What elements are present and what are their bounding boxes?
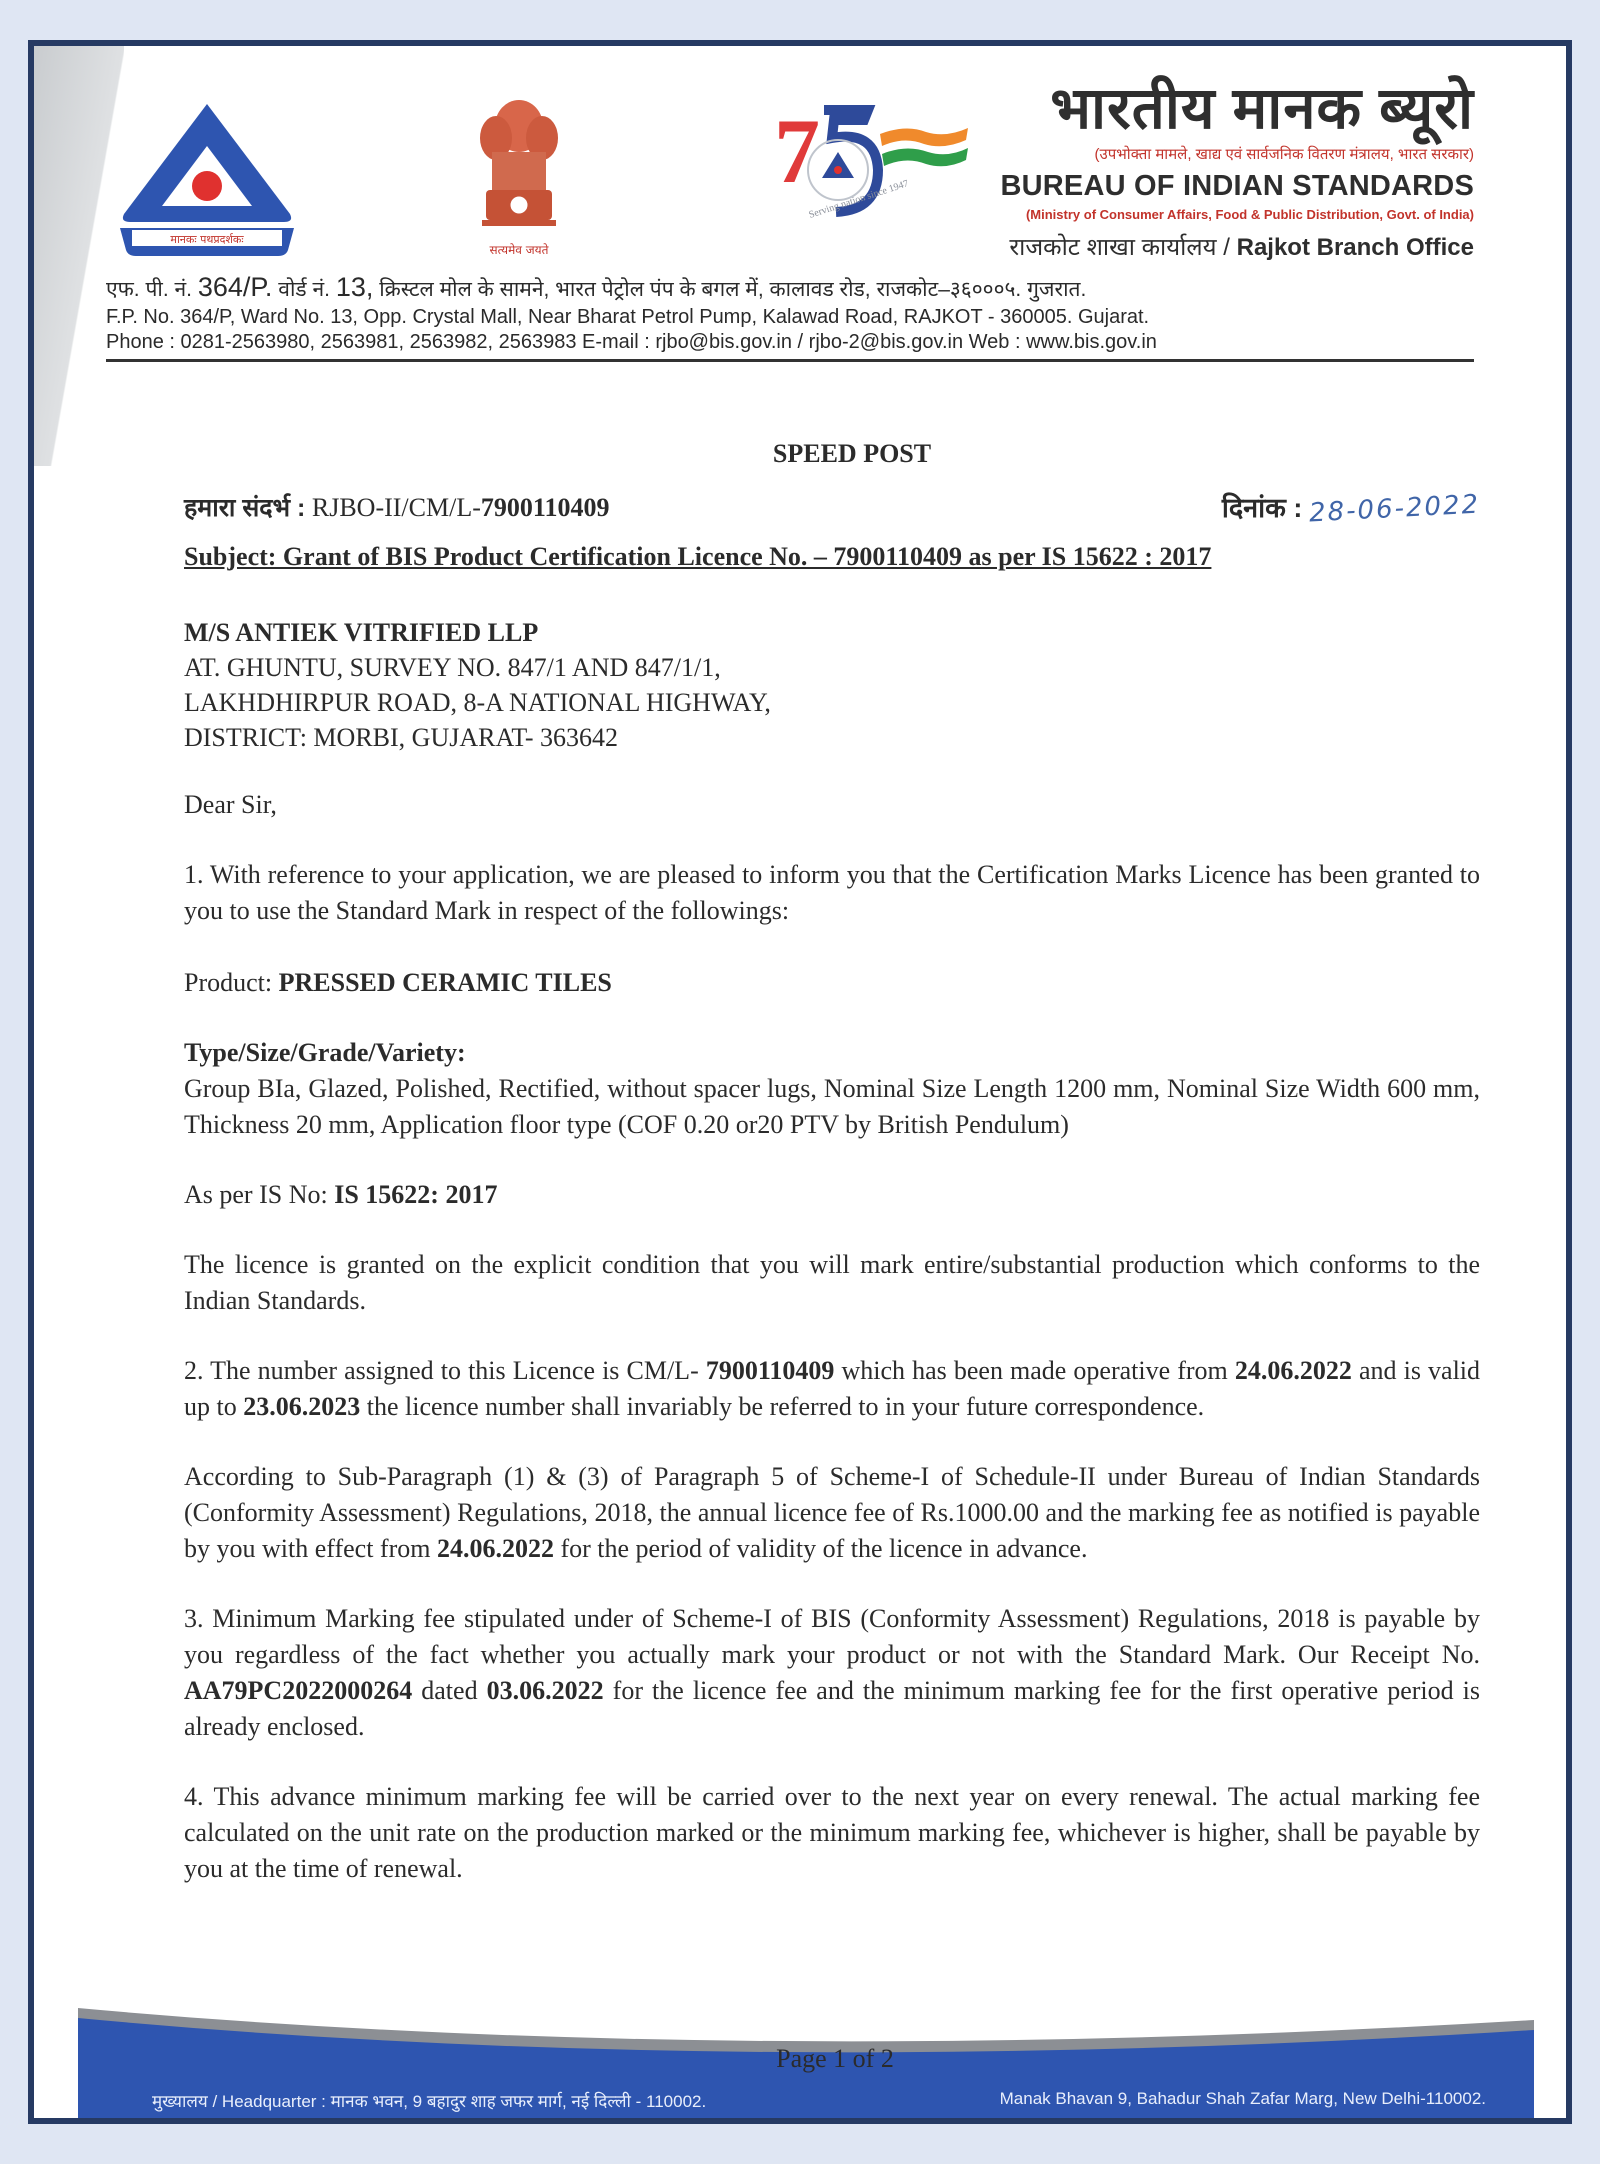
letter-body: SPEED POST हमारा संदर्भ : RJBO-II/CM/L-7…	[184, 436, 1480, 1887]
paragraph-4: 4. This advance minimum marking fee will…	[184, 1779, 1480, 1887]
date-value: 28-06-2022	[1308, 487, 1481, 532]
bis-logo: मानकः पथप्रदर्शकः	[112, 94, 302, 264]
product-value: PRESSED CERAMIC TILES	[279, 968, 612, 997]
addressee-line: AT. GHUNTU, SURVEY NO. 847/1 AND 847/1/1…	[184, 650, 1480, 685]
contact-line: Phone : 0281-2563980, 2563981, 2563982, …	[106, 330, 1474, 355]
reference-label: हमारा संदर्भ :	[184, 494, 305, 522]
type-heading: Type/Size/Grade/Variety:	[184, 1035, 1480, 1071]
page-curl-shadow	[34, 46, 124, 466]
hq-english: Manak Bhavan 9, Bahadur Shah Zafar Marg,…	[1000, 2089, 1486, 2112]
ministry-hindi: (उपभोक्ता मामले, खाद्य एवं सार्वजनिक वित…	[914, 144, 1474, 164]
condition-paragraph: The licence is granted on the explicit c…	[184, 1247, 1480, 1319]
address-english: F.P. No. 364/P, Ward No. 13, Opp. Crysta…	[106, 305, 1474, 330]
office-address-block: एफ. पी. नं. 364/P. वोर्ड नं. 13, क्रिस्ट…	[106, 272, 1474, 362]
letter-date: दिनांक : 28-06-2022	[1222, 490, 1480, 527]
addressee-line: DISTRICT: MORBI, GUJARAT- 363642	[184, 720, 1480, 755]
paragraph-2: 2. The number assigned to this Licence i…	[184, 1353, 1480, 1425]
letter-page: मानकः पथप्रदर्शकः सत्यमेव जयते 7	[34, 46, 1566, 2118]
letterhead-title-block: भारतीय मानक ब्यूरो (उपभोक्ता मामले, खाद्…	[914, 74, 1474, 263]
subject-line: Subject: Grant of BIS Product Certificat…	[184, 539, 1480, 575]
salutation: Dear Sir,	[184, 787, 1480, 823]
branch-english: Rajkot Branch Office	[1237, 234, 1474, 261]
valid-to-date: 23.06.2023	[243, 1392, 360, 1421]
address-hindi-rest: क्रिस्टल मोल के सामने, भारत पेट्रोल पंप …	[379, 278, 1086, 301]
document-frame: मानकः पथप्रदर्शकः सत्यमेव जयते 7	[28, 40, 1572, 2124]
svg-text:मानकः पथप्रदर्शकः: मानकः पथप्रदर्शकः	[170, 233, 244, 246]
type-description: Group BIa, Glazed, Polished, Rectified, …	[184, 1071, 1480, 1143]
paragraph-3: 3. Minimum Marking fee stipulated under …	[184, 1601, 1480, 1745]
is-label: As per IS No:	[184, 1180, 328, 1209]
national-emblem: सत्यमेव जयते	[464, 86, 574, 276]
addressee-name: M/S ANTIEK VITRIFIED LLP	[184, 615, 1480, 650]
page-indicator: Page 1 of 2	[104, 2044, 1566, 2074]
is-value: IS 15622: 2017	[334, 1180, 497, 1209]
svg-text:सत्यमेव जयते: सत्यमेव जयते	[490, 243, 550, 257]
para2-text: 2. The number assigned to this Licence i…	[184, 1356, 699, 1385]
para2-text: the licence number shall invariably be r…	[367, 1392, 1204, 1421]
valid-from-date: 24.06.2022	[1235, 1356, 1352, 1385]
is-standard-line: As per IS No: IS 15622: 2017	[184, 1177, 1480, 1213]
address-hindi-prefix: एफ. पी. नं.	[106, 278, 192, 301]
fee-text: for the period of validity of the licenc…	[560, 1534, 1087, 1563]
bis-triangle-icon: मानकः पथप्रदर्शकः	[112, 94, 302, 264]
receipt-number: AA79PC2022000264	[184, 1676, 412, 1705]
address-hindi-ward-no: 13,	[336, 272, 374, 302]
branch-office: राजकोट शाखा कार्यालय / Rajkot Branch Off…	[914, 230, 1474, 263]
product-label: Product:	[184, 968, 272, 997]
reference-number: 7900110409	[481, 493, 610, 522]
addressee-block: M/S ANTIEK VITRIFIED LLP AT. GHUNTU, SUR…	[184, 615, 1480, 755]
address-hindi-fp: 364/P.	[198, 272, 273, 302]
fee-effective-date: 24.06.2022	[437, 1534, 554, 1563]
product-line: Product: PRESSED CERAMIC TILES	[184, 965, 1480, 1001]
para3-text: 3. Minimum Marking fee stipulated under …	[184, 1604, 1480, 1669]
date-label: दिनांक :	[1222, 493, 1303, 523]
org-name-hindi: भारतीय मानक ब्यूरो	[914, 74, 1474, 144]
fee-paragraph: According to Sub-Paragraph (1) & (3) of …	[184, 1459, 1480, 1567]
headquarter-address: मुख्यालय / Headquarter : मानक भवन, 9 बहा…	[152, 2089, 1486, 2112]
reference-date-row: हमारा संदर्भ : RJBO-II/CM/L-7900110409 द…	[184, 490, 1480, 527]
address-hindi: एफ. पी. नं. 364/P. वोर्ड नं. 13, क्रिस्ट…	[106, 272, 1474, 305]
hq-hindi: मुख्यालय / Headquarter : मानक भवन, 9 बहा…	[152, 2089, 706, 2112]
branch-hindi: राजकोट शाखा कार्यालय /	[1009, 234, 1230, 261]
para2-text: which has been made operative from	[842, 1356, 1228, 1385]
paragraph-1: 1. With reference to your application, w…	[184, 857, 1480, 929]
licence-number: 7900110409	[706, 1356, 835, 1385]
ministry-english: (Ministry of Consumer Affairs, Food & Pu…	[914, 207, 1474, 222]
letterhead-divider	[106, 359, 1474, 362]
address-hindi-ward: वोर्ड नं.	[278, 278, 330, 301]
addressee-line: LAKHDHIRPUR ROAD, 8-A NATIONAL HIGHWAY,	[184, 685, 1480, 720]
ashoka-lion-emblem-icon: सत्यमेव जयते	[464, 86, 574, 276]
org-name-english: BUREAU OF INDIAN STANDARDS	[914, 170, 1474, 203]
dispatch-mode: SPEED POST	[224, 436, 1480, 472]
reference-prefix: RJBO-II/CM/L-	[312, 493, 481, 522]
svg-text:Serving nation since 1947: Serving nation since 1947	[808, 178, 910, 221]
para3-text: dated	[421, 1676, 477, 1705]
reference: हमारा संदर्भ : RJBO-II/CM/L-7900110409	[184, 490, 609, 527]
receipt-date: 03.06.2022	[487, 1676, 604, 1705]
